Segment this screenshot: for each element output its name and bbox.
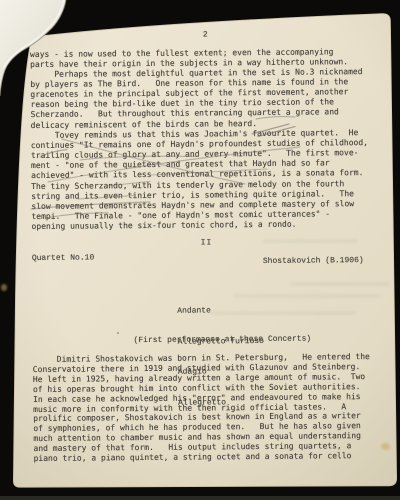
pencil-strike-repetitions	[150, 169, 267, 175]
pencil-strike-with-its	[106, 182, 150, 187]
pencil-cross-out	[48, 147, 300, 182]
scan-bottom-edge	[0, 496, 400, 500]
page-curl-shape	[0, 0, 66, 96]
pencil-dash-tempi	[46, 213, 108, 218]
overlapping-page-corner	[0, 0, 130, 140]
pencil-cross-out	[62, 139, 245, 184]
pencil-strike-slow-movement	[31, 202, 150, 209]
pencil-underline-quartet	[256, 117, 295, 119]
pencil-tick-tovey	[40, 150, 67, 158]
pencil-underline-even-tinier	[78, 196, 135, 200]
scanned-programme-photo: 2 ways - is now used to the fullest exte…	[0, 0, 400, 500]
